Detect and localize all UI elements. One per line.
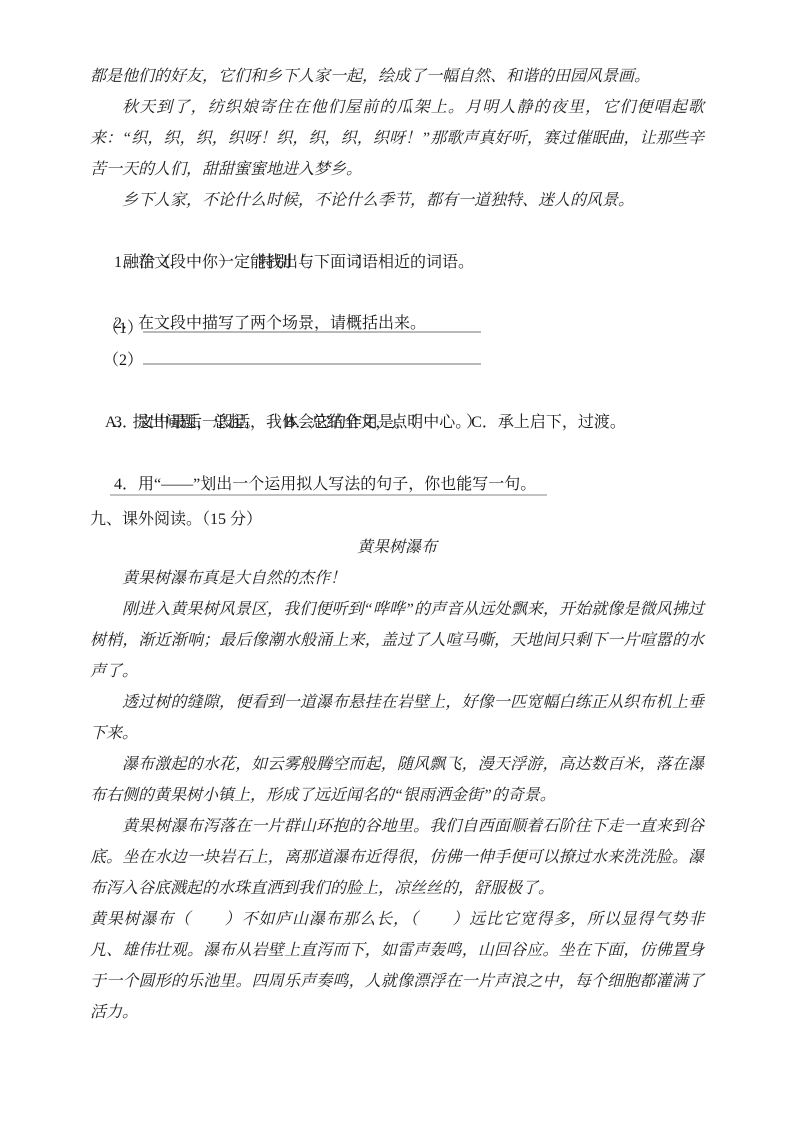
- waterfall-paragraph-6: 黄果树瀑布（ ）不如庐山瀑布那么长，（ ）远比它宽得多，所以显得气势非凡、雄伟壮…: [90, 904, 704, 1028]
- passage-autumn-paragraph: 秋天到了，纺织娘寄住在他们屋前的瓜架上。月明人静的夜里，它们便唱起歌来：“织，织…: [90, 92, 704, 185]
- passage-continuation-paragraph: 都是他们的好友，它们和乡下人家一起，绘成了一幅自然、和谐的田园风景画。: [90, 61, 704, 92]
- question-4-text: 用“——”划出一个运用拟人写法的句子，你也能写一句。: [138, 476, 536, 493]
- answer-blank-line-1: [143, 317, 481, 333]
- reading-passage-title: 黄果树瀑布: [90, 532, 704, 563]
- waterfall-paragraph-4: 瀑布激起的水花，如云雾般腾空而起，随风飘飞，漫天浮游，高达数百米，落在瀑布右侧的…: [90, 749, 704, 811]
- waterfall-paragraph-2: 刚进入黄果树风景区，我们便听到“哗哗”的声音从远处飘来，开始就像是微风拂过树梢，…: [90, 594, 704, 687]
- answer-blank-line-3: [110, 494, 547, 496]
- worksheet-content: 都是他们的好友，它们和乡下人家一起，绘成了一幅自然、和谐的田园风景画。 秋天到了…: [90, 0, 704, 1122]
- passage-summary-paragraph: 乡下人家，不论什么时候，不论什么季节，都有一道独特、迷人的风景。: [90, 185, 704, 216]
- question-3-options: A．提出问题，总起。 B．总结全文，点明中心。C．承上启下，过渡。: [90, 407, 719, 438]
- answer-row-2-label: （2）: [90, 345, 143, 376]
- waterfall-paragraph-3: 透过树的缝隙，便看到一道瀑布悬挂在岩壁上，好像一匹宽幅白练正从织布机上垂下来。: [90, 687, 704, 749]
- question-4-number: 4．: [114, 476, 138, 493]
- question-1-word-blanks: 融洽（ ） 特别（ ）: [90, 247, 737, 278]
- answer-row-2: （2）: [90, 345, 704, 376]
- worksheet-page: 都是他们的好友，它们和乡下人家一起，绘成了一幅自然、和谐的田园风景画。 秋天到了…: [0, 0, 793, 1122]
- answer-blank-line-2: [143, 349, 481, 365]
- answer-row-1-label: （1）: [90, 313, 143, 344]
- waterfall-paragraph-5: 黄果树瀑布泻落在一片群山环抱的谷地里。我们自西面顺着石阶往下走一直来到谷底。坐在…: [90, 811, 704, 904]
- waterfall-paragraph-1: 黄果树瀑布真是大自然的杰作！: [90, 563, 704, 594]
- section-9-heading: 九、课外阅读。（15 分）: [90, 504, 704, 535]
- answer-row-1: （1）: [90, 313, 704, 344]
